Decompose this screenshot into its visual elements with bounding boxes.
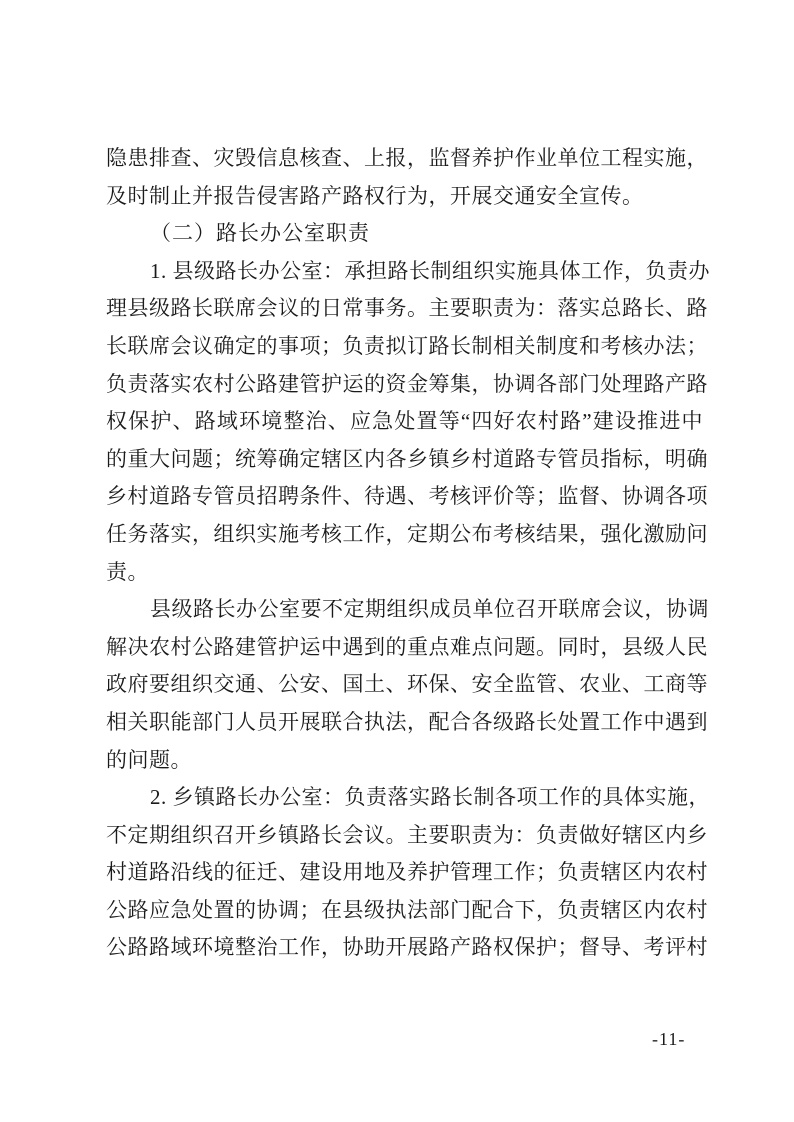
text-line: 责。	[106, 554, 703, 592]
text-line: 的重大问题；统筹确定辖区内各乡镇乡村道路专管员指标，明确	[106, 441, 703, 479]
document-body: 隐患排查、灾毁信息核查、上报，监督养护作业单位工程实施， 及时制止并报告侵害路产…	[106, 140, 703, 967]
page-number: -11-	[652, 1029, 685, 1050]
text-line: 及时制止并报告侵害路产路权行为，开展交通安全宣传。	[106, 178, 703, 216]
text-line: 任务落实，组织实施考核工作，定期公布考核结果，强化激励问	[106, 516, 703, 554]
text-line: 公路路域环境整治工作，协助开展路产路权保护；督导、考评村	[106, 929, 703, 967]
text-line: 1. 县级路长办公室：承担路长制组织实施具体工作，负责办	[106, 253, 703, 291]
text-line: 政府要组织交通、公安、国土、环保、安全监管、农业、工商等	[106, 666, 703, 704]
document-page: 隐患排查、灾毁信息核查、上报，监督养护作业单位工程实施， 及时制止并报告侵害路产…	[0, 0, 794, 1122]
text-line: 2. 乡镇路长办公室：负责落实路长制各项工作的具体实施，	[106, 779, 703, 817]
text-line: 乡村道路专管员招聘条件、待遇、考核评价等；监督、协调各项	[106, 478, 703, 516]
text-line: 不定期组织召开乡镇路长会议。主要职责为：负责做好辖区内乡	[106, 817, 703, 855]
text-line: 理县级路长联席会议的日常事务。主要职责为：落实总路长、路	[106, 290, 703, 328]
text-line: 村道路沿线的征迁、建设用地及养护管理工作；负责辖区内农村	[106, 854, 703, 892]
text-line: 解决农村公路建管护运中遇到的重点难点问题。同时，县级人民	[106, 629, 703, 667]
text-line: 隐患排查、灾毁信息核查、上报，监督养护作业单位工程实施，	[106, 140, 703, 178]
text-line: 负责落实农村公路建管护运的资金筹集，协调各部门处理路产路	[106, 366, 703, 404]
text-line: 权保护、路域环境整治、应急处置等“四好农村路”建设推进中	[106, 403, 703, 441]
text-line: 相关职能部门人员开展联合执法，配合各级路长处置工作中遇到	[106, 704, 703, 742]
section-heading: （二）路长办公室职责	[106, 215, 703, 253]
text-line: 的问题。	[106, 742, 703, 780]
text-line: 县级路长办公室要不定期组织成员单位召开联席会议，协调	[106, 591, 703, 629]
text-line: 公路应急处置的协调；在县级执法部门配合下，负责辖区内农村	[106, 892, 703, 930]
text-line: 长联席会议确定的事项；负责拟订路长制相关制度和考核办法；	[106, 328, 703, 366]
